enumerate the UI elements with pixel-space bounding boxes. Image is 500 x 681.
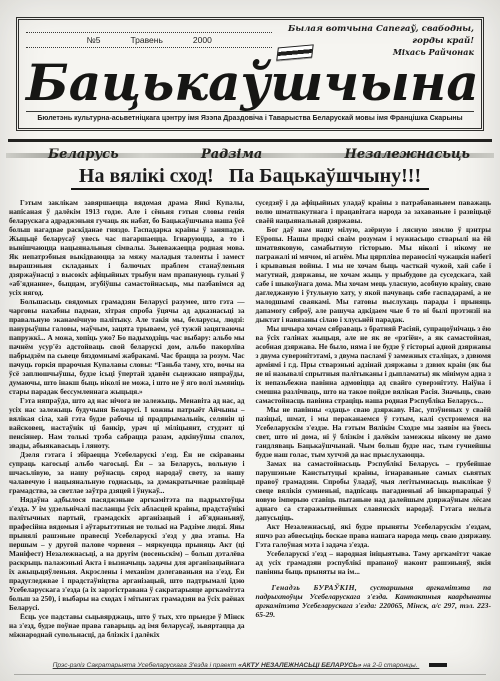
band-word-radzima: Радзіма — [201, 147, 262, 162]
article-paragraph: Большасьць свядомых грамадзян Беларусі р… — [9, 297, 245, 396]
article-paragraph: Нядаўна адбылося пасяджэньне аргкамітэта… — [9, 495, 245, 612]
section-band: Беларусь Радзіма Незалежнасьць — [0, 146, 500, 163]
masthead: №5 Травень 2000 Былая вотчына Сапегаў, с… — [16, 17, 484, 131]
issue-number: №5 — [87, 35, 101, 45]
signature-author: Генадзь БУРАЎКІН, — [272, 583, 358, 592]
newspaper-page: №5 Травень 2000 Былая вотчына Сапегаў, с… — [0, 0, 500, 681]
thick-divider-rule — [8, 139, 492, 142]
footer-prefix: Прэс-рэліз Сакратарыята Усебеларускага З… — [53, 662, 238, 669]
article-paragraph: Гэтым заклікам завяршаецца вядомая драма… — [9, 198, 245, 297]
band-word-nezalezhnasc: Незалежнасьць — [345, 147, 470, 162]
headline-part-1: На вялікі сход! — [79, 165, 214, 187]
article-body: Гэтым заклікам завяршаецца вядомая драма… — [0, 190, 500, 639]
article-paragraph: Мы не павінны «здаць» сваю дзяржаву. Нас… — [256, 405, 492, 459]
masthead-subtitle: Бюлетэнь культурна-асьветніцкага цэнтру … — [26, 111, 474, 123]
article-column-right: суседзяў і да афіцыйных уладаў краіны з … — [256, 198, 492, 639]
article-paragraph: Усебеларускі з'езд – народная ініцыятыва… — [256, 549, 492, 576]
footer-ink-mark — [429, 663, 447, 667]
band-words: Беларусь Радзіма Незалежнасьць — [0, 146, 500, 163]
footer-suffix: на 2-й старонцы. — [361, 662, 417, 669]
footer-rule — [14, 674, 486, 675]
article-paragraph: Гэта няпраўда, што ад нас нічога не зале… — [9, 396, 245, 450]
motto-text: Былая вотчына Сапегаў, свабодны, горды к… — [288, 24, 474, 46]
footer-highlight: «АКТУ НЕЗАЛЕЖНАСЬЦІ БЕЛАРУСЬ» — [238, 662, 361, 669]
headline-text: На вялікі сход!Па Бацькаўшчыну!!! — [71, 166, 429, 190]
article-paragraph: Мы шчыра хочам сябраваць з братняй Расія… — [256, 324, 492, 405]
article-column-left: Гэтым заклікам завяршаецца вядомая драма… — [9, 198, 245, 639]
footer-text: Прэс-рэліз Сакратарыята Усебеларускага З… — [53, 662, 420, 669]
headline: На вялікі сход!Па Бацькаўшчыну!!! — [0, 166, 500, 190]
newspaper-title: Бацькаўшчына — [26, 59, 474, 107]
band-word-belarus: Беларусь — [48, 147, 119, 162]
signature-block: Генадзь БУРАЎКІН, сустаршыня аргкамітэта… — [256, 583, 492, 619]
article-paragraph: суседзяў і да афіцыйных уладаў краіны з … — [256, 198, 492, 225]
article-paragraph: Дзеля гэтага і збіраецца Усебеларускі з'… — [9, 450, 245, 495]
article-paragraph: Акт Незалежнасьці, які будзе прыняты Усе… — [256, 522, 492, 549]
issue-line: №5 Травень 2000 — [26, 32, 272, 48]
article-paragraph: Замах на самастойнасьць Рэспублікі Белар… — [256, 459, 492, 522]
article-column-right-paragraphs: суседзяў і да афіцыйных уладаў краіны з … — [256, 198, 492, 576]
article-paragraph: Ёсць усе падставы сьцьвярджаць, што ў ты… — [9, 612, 245, 639]
page-footer: Прэс-рэліз Сакратарыята Усебеларускага З… — [0, 662, 500, 669]
issue-year: 2000 — [193, 35, 212, 45]
headline-part-2: Па Бацькаўшчыну!!! — [229, 165, 421, 187]
article-paragraph: Бог даў нам нашу мілую, азёрную і лясную… — [256, 225, 492, 324]
issue-month: Травень — [130, 35, 162, 45]
